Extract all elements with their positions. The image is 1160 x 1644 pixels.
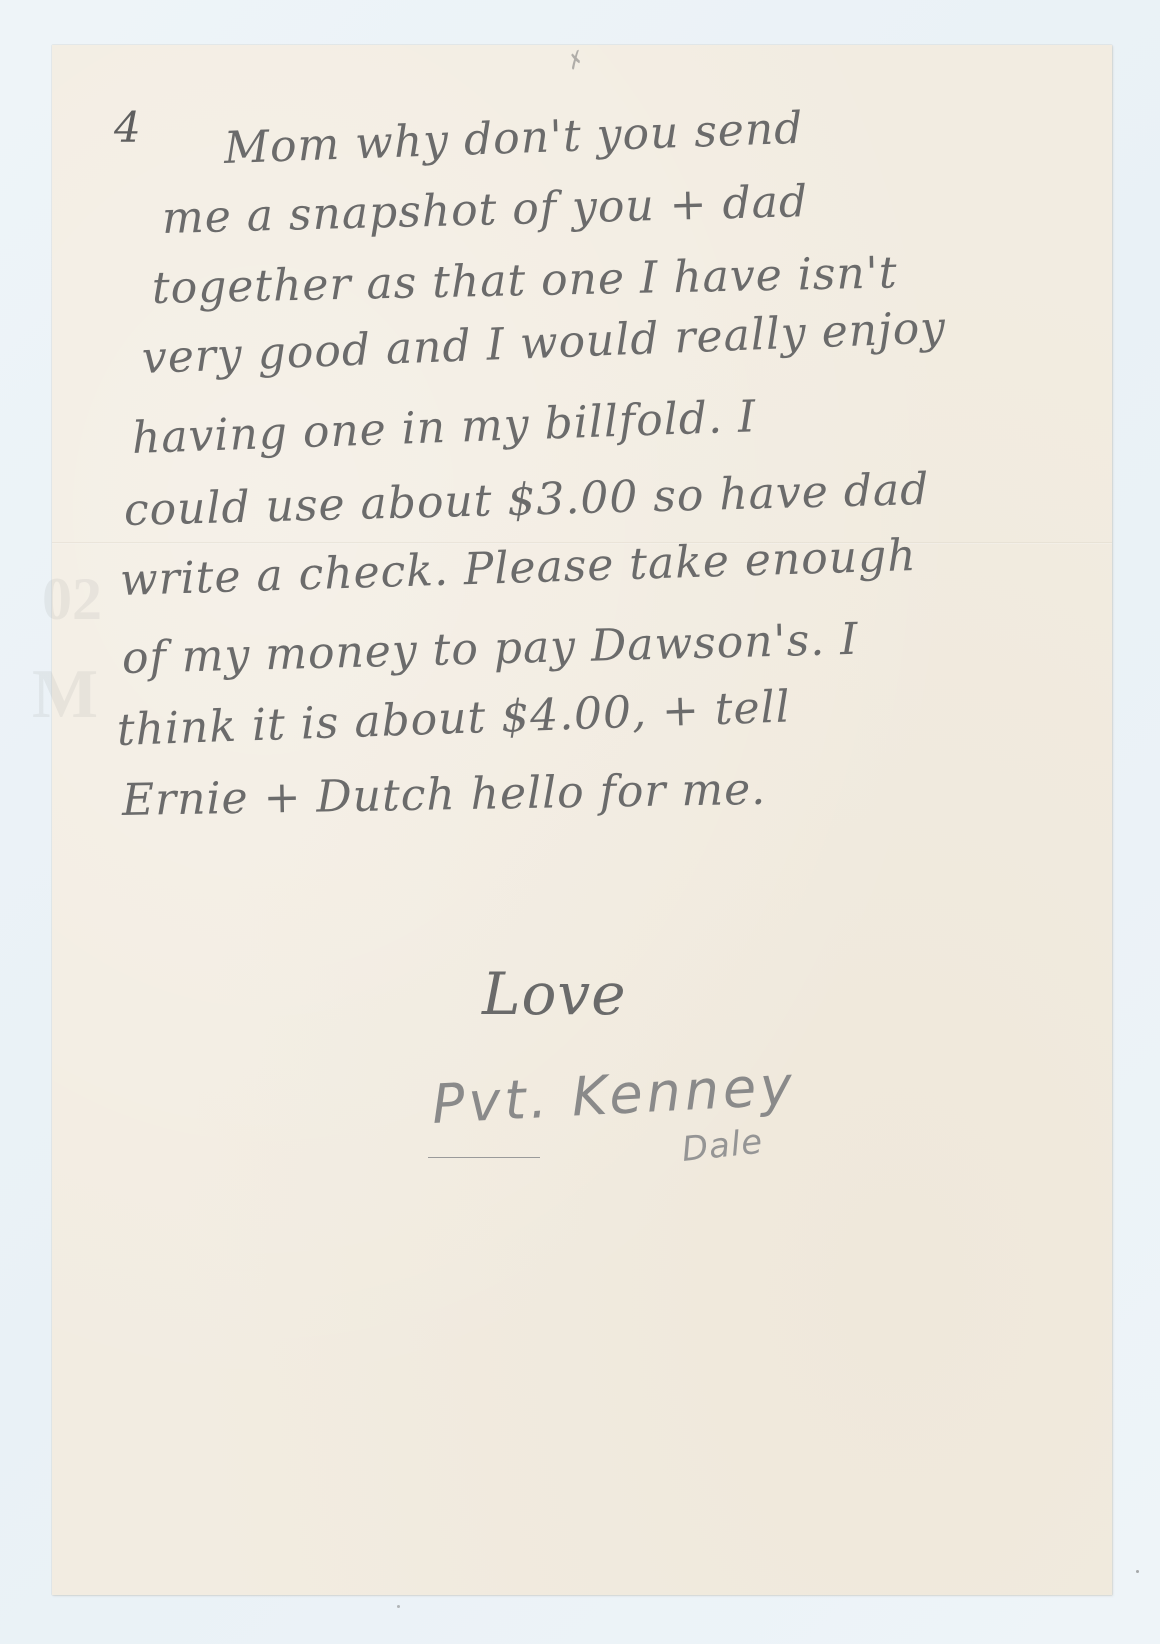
letter-line-4: very good and I would really enjoy	[141, 302, 947, 384]
page-number: 4	[114, 103, 142, 152]
signature-first-name: Dale	[680, 1122, 765, 1170]
signature-underline	[428, 1157, 540, 1158]
letter-line-10: Ernie + Dutch hello for me.	[122, 764, 767, 826]
pencil-mark: ✗	[561, 46, 588, 76]
paper-speck	[397, 1605, 400, 1608]
bleed-through-mark: 02	[42, 565, 102, 634]
letter-line-3: together as that one I have isn't	[151, 247, 898, 314]
letter-line-1: Mom why don't you send	[223, 103, 804, 174]
bleed-through-mark: M	[32, 655, 98, 735]
letter-line-9: think it is about $4.00, + tell	[116, 681, 791, 755]
letter-page: 02 M 4 ✗ Mom why don't you send me a sna…	[52, 45, 1112, 1595]
letter-line-5: having one in my billfold. I	[131, 391, 757, 464]
letter-line-2: me a snapshot of you + dad	[161, 176, 808, 244]
letter-line-6: could use about $3.00 so have dad	[123, 464, 930, 536]
letter-line-8: of my money to pay Dawson's. I	[121, 614, 859, 684]
letter-closing: Love	[482, 960, 627, 1028]
scanner-speck	[1136, 1570, 1139, 1573]
